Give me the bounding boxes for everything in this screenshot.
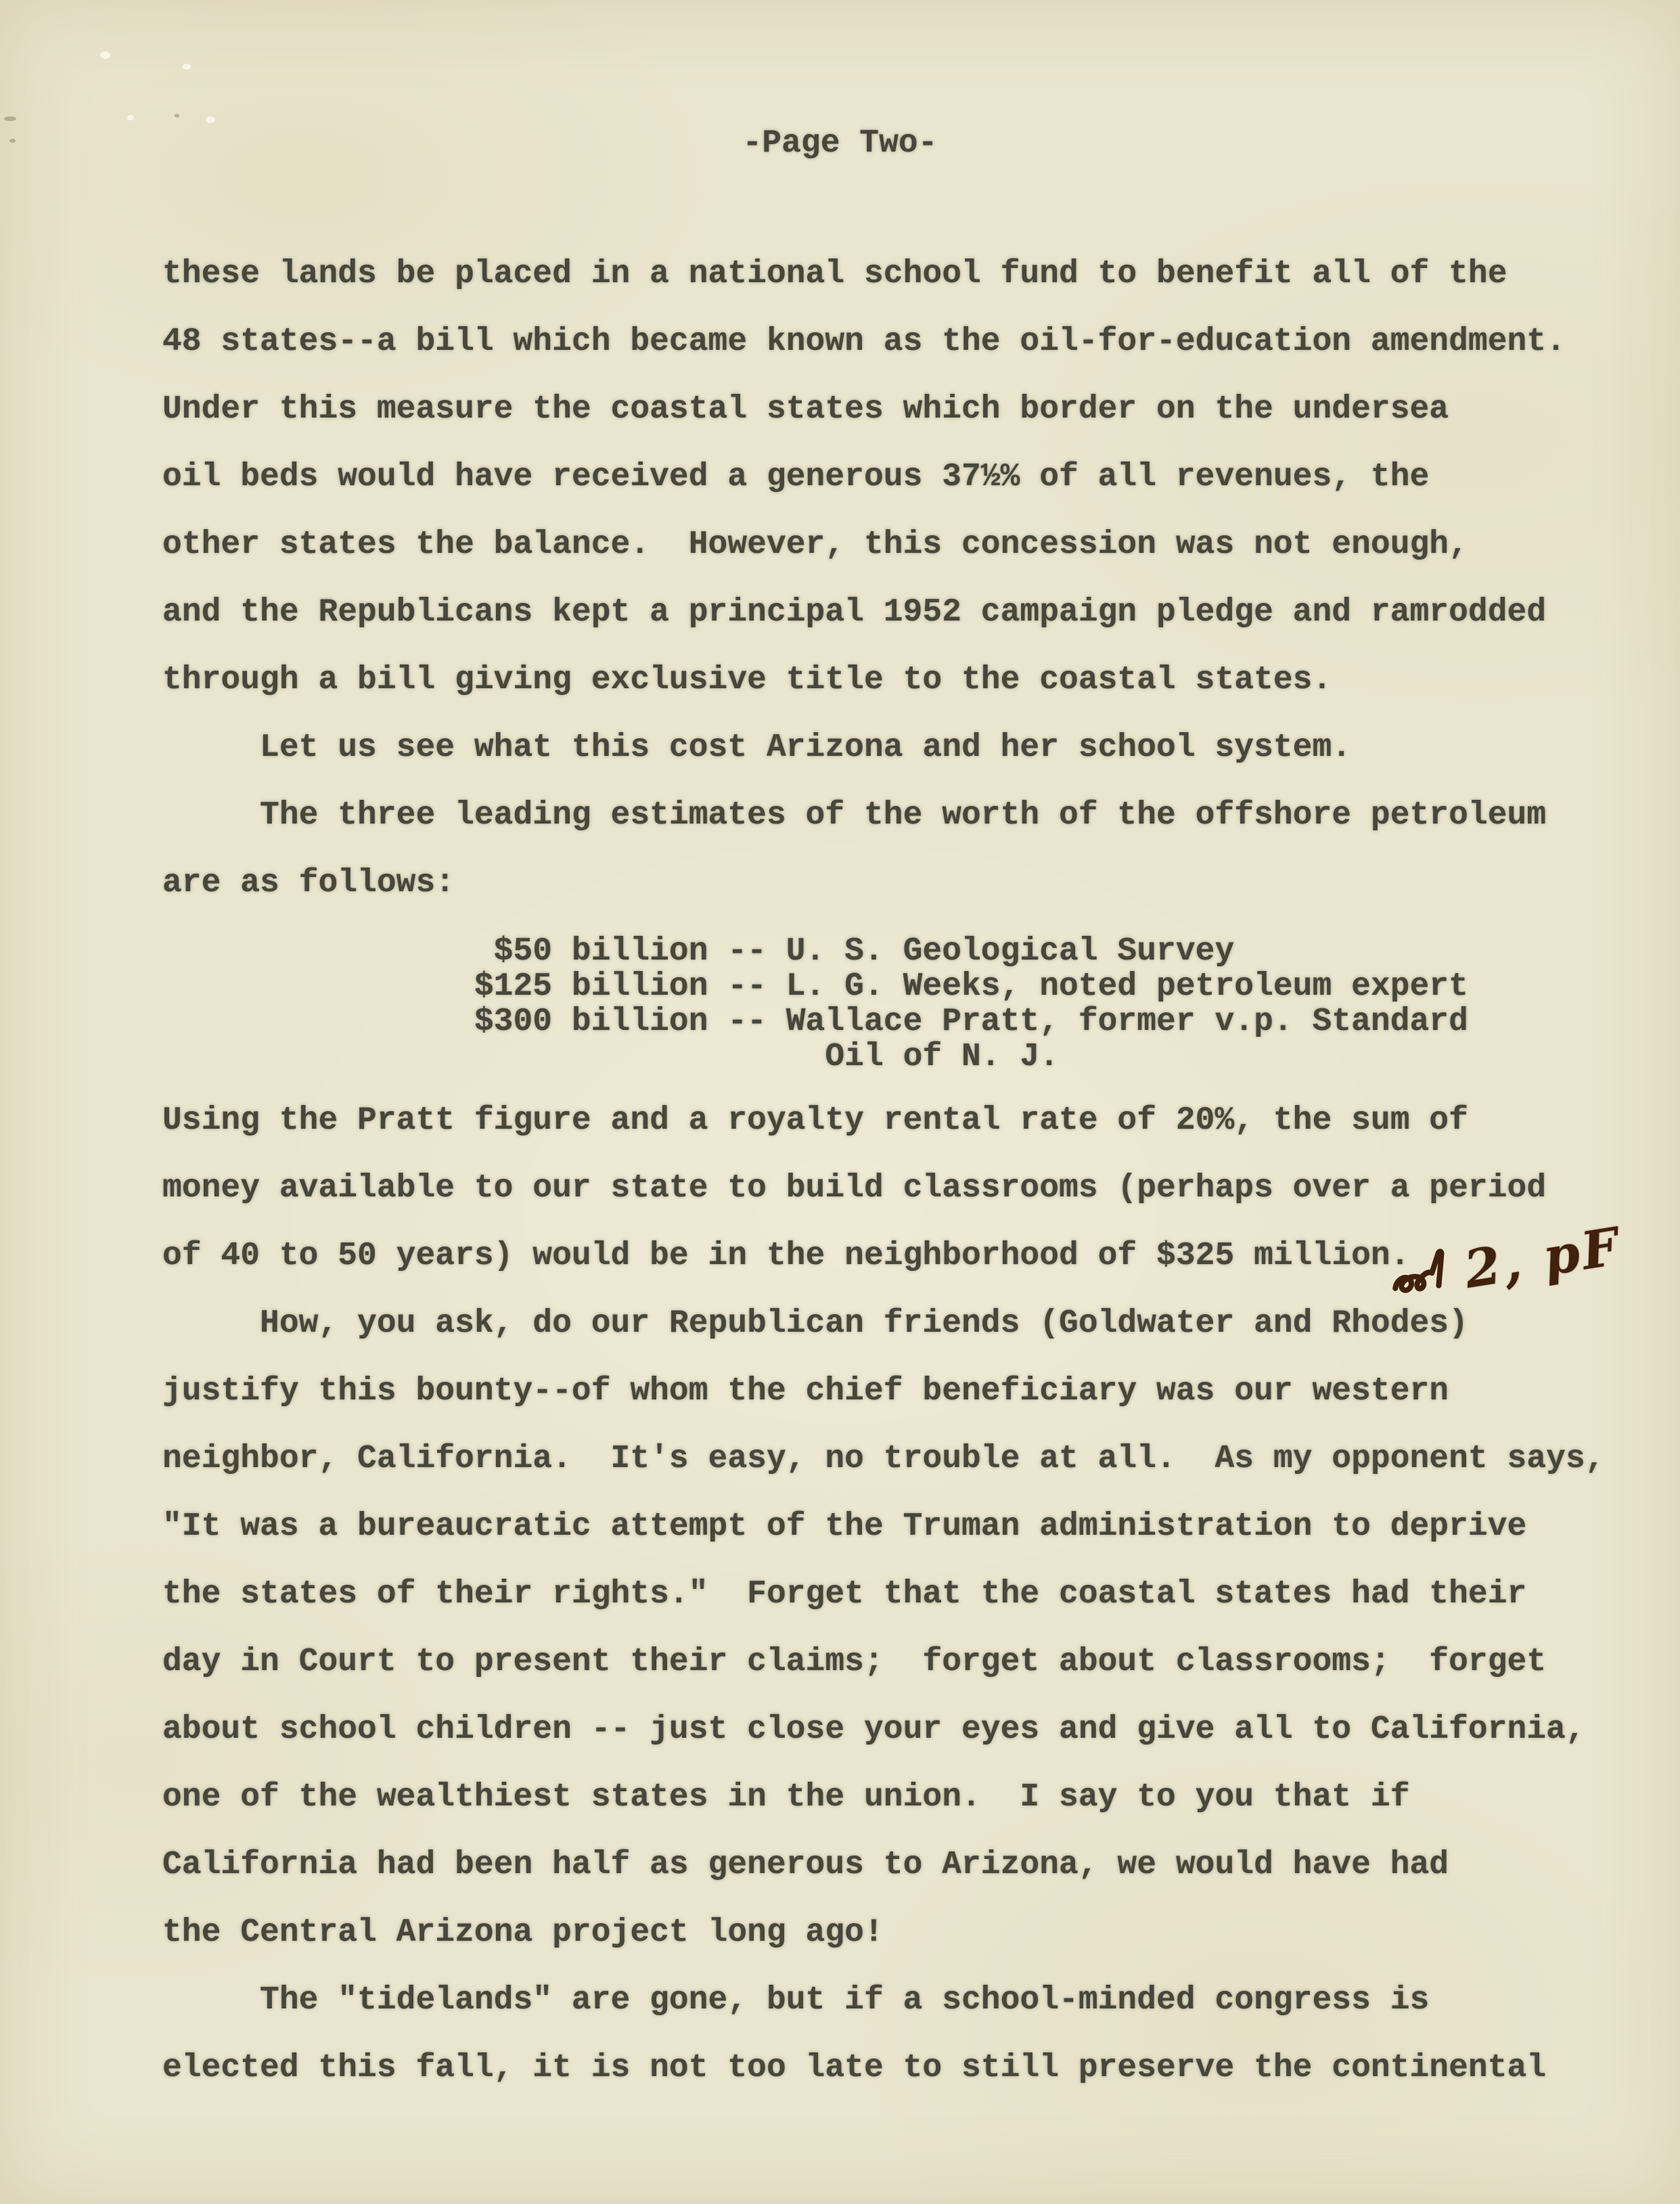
text-line: and the Republicans kept a principal 195… — [162, 579, 1605, 646]
text-line: day in Court to present their claims; fo… — [162, 1628, 1605, 1696]
paper-fiber-speck — [175, 114, 179, 118]
text-line: elected this fall, it is not too late to… — [162, 2034, 1605, 2102]
text-line: other states the balance. However, this … — [162, 511, 1605, 579]
text-line: Oil of N. J. — [162, 1039, 1605, 1075]
text-line: The "tidelands" are gone, but if a schoo… — [162, 1966, 1605, 2034]
text-line: Using the Pratt figure and a royalty ren… — [162, 1087, 1605, 1154]
text-line: $300 billion -- Wallace Pratt, former v.… — [162, 1004, 1605, 1039]
text-line: neighbor, California. It's easy, no trou… — [162, 1425, 1605, 1493]
paper-fiber-speck — [4, 116, 16, 121]
text-line: $50 billion -- U. S. Geological Survey — [162, 934, 1605, 969]
text-line: one of the wealthiest states in the unio… — [162, 1763, 1605, 1831]
text-line: justify this bounty--of whom the chief b… — [162, 1357, 1605, 1425]
text-line: oil beds would have received a generous … — [162, 443, 1605, 511]
paper-flaw-speck — [206, 116, 215, 123]
text-line: $125 billion -- L. G. Weeks, noted petro… — [162, 969, 1605, 1004]
text-line: The three leading estimates of the worth… — [162, 782, 1605, 849]
text-line: the states of their rights." Forget that… — [162, 1560, 1605, 1628]
paper-flaw-speck — [100, 51, 110, 59]
paper-flaw-speck — [183, 64, 191, 70]
text-line: these lands be placed in a national scho… — [162, 240, 1605, 308]
text-line: Under this measure the coastal states wh… — [162, 376, 1605, 443]
paper-fiber-speck — [9, 139, 16, 143]
text-line: the Central Arizona project long ago! — [162, 1899, 1605, 1966]
document-body: these lands be placed in a national scho… — [162, 240, 1605, 2102]
text-line: are as follows: — [162, 849, 1605, 917]
text-line: How, you ask, do our Republican friends … — [162, 1290, 1605, 1357]
text-line: money available to our state to build cl… — [162, 1154, 1605, 1222]
text-line: through a bill giving exclusive title to… — [162, 646, 1605, 714]
typewritten-page: -Page Two- these lands be placed in a na… — [0, 0, 1680, 2204]
pen-scribble-icon — [1386, 1240, 1463, 1303]
text-line: about school children -- just close your… — [162, 1696, 1605, 1763]
text-line: Let us see what this cost Arizona and he… — [162, 714, 1605, 782]
paper-flaw-speck — [127, 115, 134, 120]
page-number-header: -Page Two- — [0, 110, 1680, 177]
text-line: 48 states--a bill which became known as … — [162, 308, 1605, 376]
text-line: California had been half as generous to … — [162, 1831, 1605, 1899]
text-line: "It was a bureaucratic attempt of the Tr… — [162, 1493, 1605, 1560]
